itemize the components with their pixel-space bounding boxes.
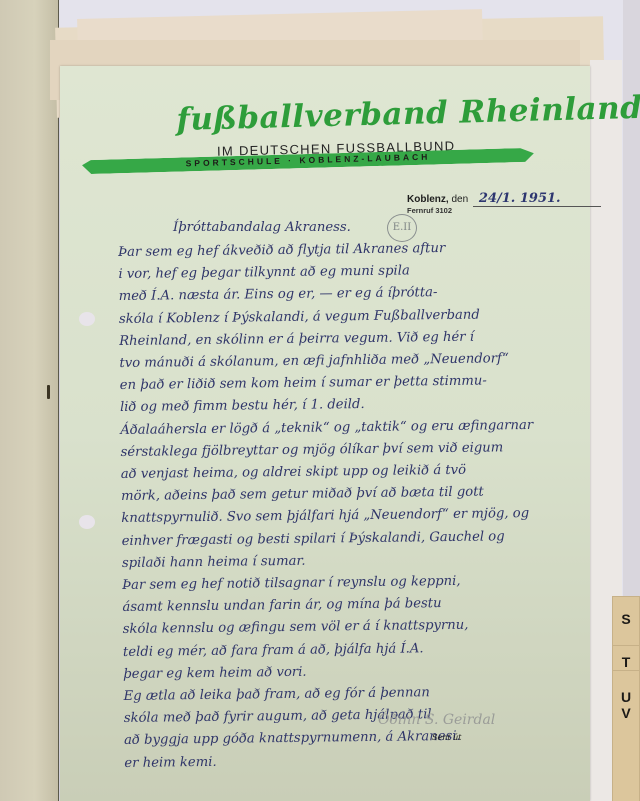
signature: Óðinn S. Geirdal xyxy=(378,712,495,728)
city: Koblenz, xyxy=(407,194,449,205)
letterhead-title: fußballverband Rheinland e.V. xyxy=(176,88,640,138)
salutation: Íþróttabandalag Akraness. xyxy=(173,217,351,239)
place-date-line: Koblenz, den 24/1. 1951. xyxy=(407,191,601,207)
handwritten-date: 24/1. 1951. xyxy=(473,191,601,207)
letter-line: er heim kemi. xyxy=(124,747,594,775)
index-tab-s[interactable]: S xyxy=(612,596,640,646)
letter-body: Þar sem eg hef ákveðið að flytja til Akr… xyxy=(118,236,594,775)
index-tab-uv[interactable]: U V xyxy=(612,670,640,801)
folder-clip xyxy=(47,385,50,399)
signature-note: Sent út xyxy=(432,733,462,742)
punch-hole xyxy=(79,312,95,326)
letter-sheet: fußballverband Rheinland e.V. IM DEUTSCH… xyxy=(60,66,590,801)
folder-left-edge xyxy=(0,0,59,801)
phone-number: Fernruf 3102 xyxy=(407,206,452,215)
den-label: den xyxy=(451,194,468,205)
punch-hole xyxy=(79,515,95,529)
